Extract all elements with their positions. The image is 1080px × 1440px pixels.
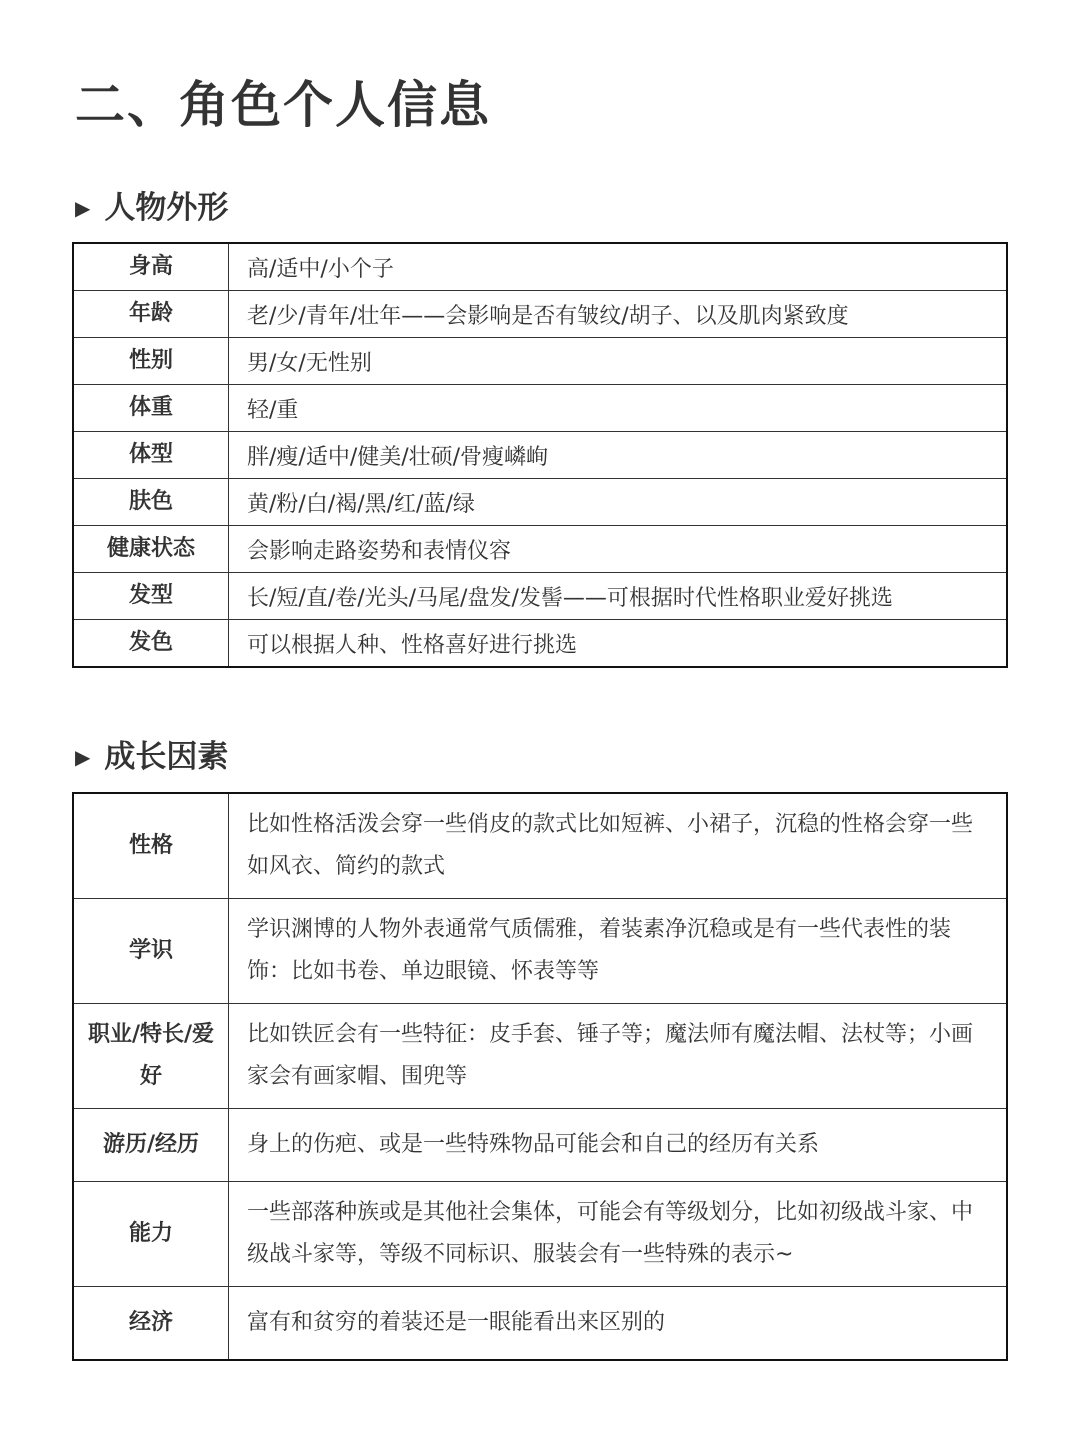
table-row: 年龄老/少/青年/壮年——会影响是否有皱纹/胡子、以及肌肉紧致度: [73, 291, 1007, 338]
table-row: 肤色黄/粉/白/褐/黑/红/蓝/绿: [73, 479, 1007, 526]
row-value: 黄/粉/白/褐/黑/红/蓝/绿: [229, 479, 1008, 526]
row-key: 经济: [73, 1287, 229, 1361]
table-row: 体型胖/瘦/适中/健美/壮硕/骨瘦嶙峋: [73, 432, 1007, 479]
row-value: 长/短/直/卷/光头/马尾/盘发/发髻——可根据时代性格职业爱好挑选: [229, 573, 1008, 620]
table-row: 发色可以根据人种、性格喜好进行挑选: [73, 620, 1007, 668]
row-value: 会影响走路姿势和表情仪容: [229, 526, 1008, 573]
row-value: 轻/重: [229, 385, 1008, 432]
row-key: 健康状态: [73, 526, 229, 573]
table-row: 性别男/女/无性别: [73, 338, 1007, 385]
table-row: 身高高/适中/小个子: [73, 243, 1007, 291]
appearance-table: 身高高/适中/小个子 年龄老/少/青年/壮年——会影响是否有皱纹/胡子、以及肌肉…: [72, 242, 1008, 668]
row-key: 游历/经历: [73, 1109, 229, 1182]
triangle-bullet-icon: ▶: [75, 186, 90, 230]
table-row: 职业/特长/爱好比如铁匠会有一些特征：皮手套、锤子等；魔法师有魔法帽、法杖等；小…: [73, 1004, 1007, 1109]
row-key: 能力: [73, 1182, 229, 1287]
row-key: 性别: [73, 338, 229, 385]
row-key: 发型: [73, 573, 229, 620]
row-key: 年龄: [73, 291, 229, 338]
growth-factors-table: 性格比如性格活泼会穿一些俏皮的款式比如短裤、小裙子，沉稳的性格会穿一些如风衣、简…: [72, 792, 1008, 1361]
table-row: 性格比如性格活泼会穿一些俏皮的款式比如短裤、小裙子，沉稳的性格会穿一些如风衣、简…: [73, 793, 1007, 899]
page-title: 二、角色个人信息: [75, 70, 491, 140]
row-value: 老/少/青年/壮年——会影响是否有皱纹/胡子、以及肌肉紧致度: [229, 291, 1008, 338]
row-value: 高/适中/小个子: [229, 243, 1008, 291]
row-value: 胖/瘦/适中/健美/壮硕/骨瘦嶙峋: [229, 432, 1008, 479]
row-key: 学识: [73, 899, 229, 1004]
row-key: 体型: [73, 432, 229, 479]
row-key: 身高: [73, 243, 229, 291]
table-row: 能力一些部落种族或是其他社会集体，可能会有等级划分，比如初级战斗家、中级战斗家等…: [73, 1182, 1007, 1287]
row-value: 男/女/无性别: [229, 338, 1008, 385]
row-key: 职业/特长/爱好: [73, 1004, 229, 1109]
row-key: 发色: [73, 620, 229, 668]
row-value: 一些部落种族或是其他社会集体，可能会有等级划分，比如初级战斗家、中级战斗家等，等…: [229, 1182, 1008, 1287]
section-heading-label: 成长因素: [104, 735, 228, 779]
row-value: 学识渊博的人物外表通常气质儒雅，着装素净沉稳或是有一些代表性的装饰：比如书卷、单…: [229, 899, 1008, 1004]
table-row: 经济富有和贫穷的着装还是一眼能看出来区别的: [73, 1287, 1007, 1361]
table-row: 发型长/短/直/卷/光头/马尾/盘发/发髻——可根据时代性格职业爱好挑选: [73, 573, 1007, 620]
section-heading-label: 人物外形: [104, 186, 228, 230]
table-row: 体重轻/重: [73, 385, 1007, 432]
row-key: 体重: [73, 385, 229, 432]
row-value: 可以根据人种、性格喜好进行挑选: [229, 620, 1008, 668]
table-row: 游历/经历身上的伤疤、或是一些特殊物品可能会和自己的经历有关系: [73, 1109, 1007, 1182]
row-key: 性格: [73, 793, 229, 899]
triangle-bullet-icon: ▶: [75, 735, 90, 779]
row-value: 比如性格活泼会穿一些俏皮的款式比如短裤、小裙子，沉稳的性格会穿一些如风衣、简约的…: [229, 793, 1008, 899]
row-value: 比如铁匠会有一些特征：皮手套、锤子等；魔法师有魔法帽、法杖等；小画家会有画家帽、…: [229, 1004, 1008, 1109]
section-heading-growth: ▶ 成长因素: [75, 735, 228, 779]
table-row: 健康状态会影响走路姿势和表情仪容: [73, 526, 1007, 573]
row-value: 富有和贫穷的着装还是一眼能看出来区别的: [229, 1287, 1008, 1361]
section-heading-appearance: ▶ 人物外形: [75, 186, 228, 230]
row-key: 肤色: [73, 479, 229, 526]
row-value: 身上的伤疤、或是一些特殊物品可能会和自己的经历有关系: [229, 1109, 1008, 1182]
table-row: 学识学识渊博的人物外表通常气质儒雅，着装素净沉稳或是有一些代表性的装饰：比如书卷…: [73, 899, 1007, 1004]
